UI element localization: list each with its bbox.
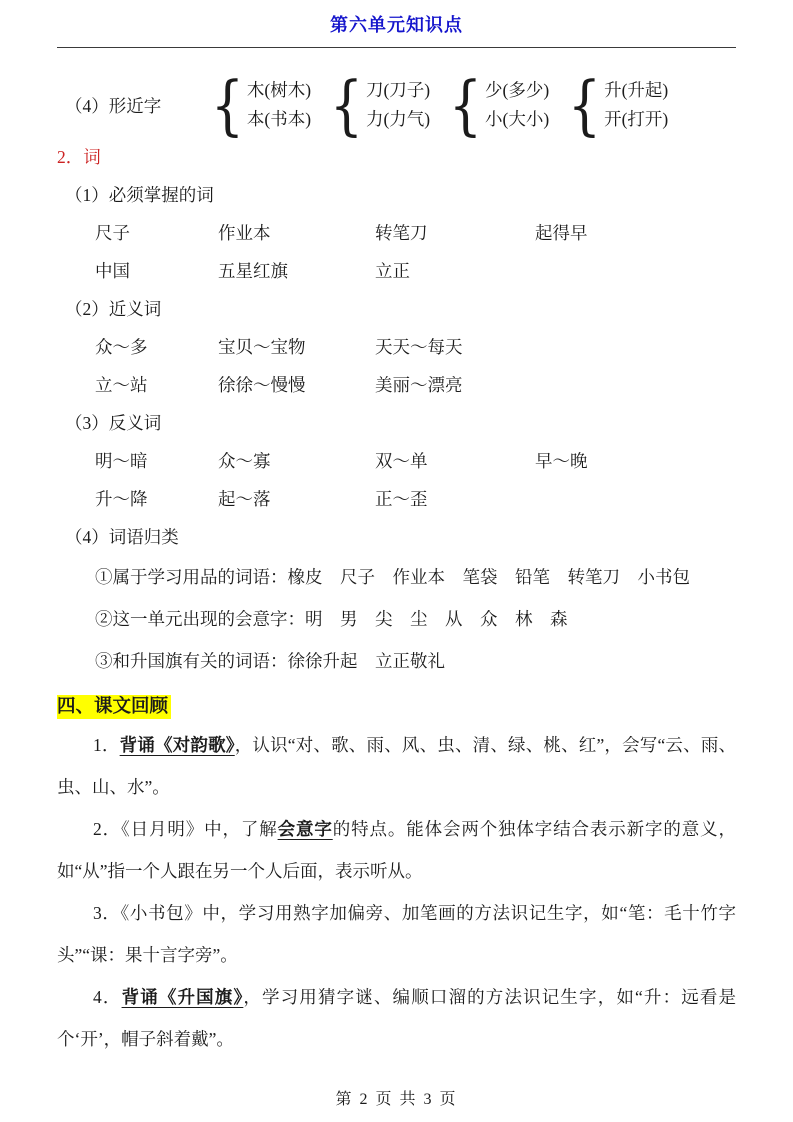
word-row: 众～多 宝贝～宝物 天天～每天 (57, 328, 736, 366)
bracket-line: 小(大小) (485, 105, 549, 134)
subsection-label-antonyms: （3）反义词 (57, 404, 736, 442)
word-cell: 正～歪 (375, 480, 535, 518)
word-cell: 五星红旗 (218, 252, 375, 290)
review-paragraph: 1．背诵《对韵歌》，认识“对、歌、雨、风、虫、清、绿、桃、红”，会写“云、雨、虫… (57, 724, 736, 808)
highlighted-heading: 四、课文回顾 (57, 695, 171, 719)
word-cell: 徐徐～慢慢 (218, 366, 375, 404)
section-xingjinzi: （4）形近字 { 木(树木) 本(书本) { 刀(刀子) 力(力气) { 少(多… (57, 72, 736, 138)
bracket-line: 力(力气) (366, 105, 430, 134)
category-item: ①属于学习用品的词语：橡皮 尺子 作业本 笔袋 铅笔 转笔刀 小书包 (57, 556, 736, 598)
document-page: 第六单元知识点 （4）形近字 { 木(树木) 本(书本) { 刀(刀子) 力(力… (0, 0, 793, 1109)
word-row: 立～站 徐徐～慢慢 美丽～漂亮 (57, 366, 736, 404)
word-cell: 众～多 (95, 328, 218, 366)
word-cell: 起～落 (218, 480, 375, 518)
word-row: 升～降 起～落 正～歪 (57, 480, 736, 518)
word-cell: 双～单 (375, 442, 535, 480)
emphasized-text: 背诵《升国旗》 (122, 987, 244, 1007)
paragraph-text: 1． (93, 735, 120, 755)
emphasized-text: 背诵《对韵歌》 (120, 735, 235, 755)
word-row: 明～暗 众～寡 双～单 早～晚 (57, 442, 736, 480)
paragraph-text: 4． (93, 987, 122, 1007)
word-cell: 尺子 (95, 214, 218, 252)
emphasized-text: 会意字 (278, 819, 333, 839)
review-paragraph: 3．《小书包》中，学习用熟字加偏旁、加笔画的方法识记生字，如“笔：毛十竹字头”“… (57, 892, 736, 976)
page-title: 第六单元知识点 (57, 12, 736, 38)
word-cell: 宝贝～宝物 (218, 328, 375, 366)
review-paragraph: 2．《日月明》中，了解会意字的特点。能体会两个独体字结合表示新字的意义，如“从”… (57, 808, 736, 892)
word-cell: 升～降 (95, 480, 218, 518)
subsection-label-synonyms: （2）近义词 (57, 290, 736, 328)
paragraph-text: 3．《小书包》中，学习用熟字加偏旁、加笔画的方法识记生字，如“笔：毛十竹字头”“… (57, 903, 736, 965)
word-cell: 立正 (375, 252, 535, 290)
bracket-line: 刀(刀子) (366, 76, 430, 105)
word-cell: 中国 (95, 252, 218, 290)
review-paragraph: 4．背诵《升国旗》，学习用猜字谜、编顺口溜的方法识记生字，如“升：远看是个‘开’… (57, 976, 736, 1060)
word-cell (535, 480, 736, 518)
bracket-line: 开(打开) (604, 105, 668, 134)
bracket-group: { 木(树木) 本(书本) (209, 76, 311, 134)
word-cell (535, 366, 736, 404)
category-item: ③和升国旗有关的词语：徐徐升起 立正敬礼 (57, 640, 736, 682)
word-cell: 作业本 (218, 214, 375, 252)
header-rule (57, 47, 736, 48)
curly-brace-icon: { (330, 73, 363, 138)
bracket-line: 本(书本) (247, 105, 311, 134)
word-row: 中国 五星红旗 立正 (57, 252, 736, 290)
word-row: 尺子 作业本 转笔刀 起得早 (57, 214, 736, 252)
bracket-group: { 少(多少) 小(大小) (447, 76, 549, 134)
curly-brace-icon: { (211, 73, 244, 138)
bracket-line: 少(多少) (485, 76, 549, 105)
word-cell: 起得早 (535, 214, 736, 252)
word-cell: 早～晚 (535, 442, 736, 480)
curly-brace-icon: { (449, 73, 482, 138)
bracket-group: { 刀(刀子) 力(力气) (328, 76, 430, 134)
bracket-group: { 升(升起) 开(打开) (566, 76, 668, 134)
xingjinzi-groups: { 木(树木) 本(书本) { 刀(刀子) 力(力气) { 少(多少) 小(大小… (209, 76, 668, 134)
word-cell: 转笔刀 (375, 214, 535, 252)
section-heading-words: 2．词 (57, 138, 736, 176)
word-cell: 立～站 (95, 366, 218, 404)
category-item: ②这一单元出现的会意字：明 男 尖 尘 从 众 林 森 (57, 598, 736, 640)
subsection-label-categories: （4）词语归类 (57, 518, 736, 556)
word-cell: 美丽～漂亮 (375, 366, 535, 404)
xingjinzi-label: （4）形近字 (57, 93, 209, 118)
bracket-line: 木(树木) (247, 76, 311, 105)
word-cell: 众～寡 (218, 442, 375, 480)
section-heading-review: 四、课文回顾 (57, 690, 736, 724)
word-cell: 明～暗 (95, 442, 218, 480)
word-cell (535, 252, 736, 290)
word-cell (535, 328, 736, 366)
subsection-label-must-know: （1）必须掌握的词 (57, 176, 736, 214)
page-number: 第 2 页 共 3 页 (57, 1086, 736, 1109)
word-cell: 天天～每天 (375, 328, 535, 366)
curly-brace-icon: { (568, 73, 601, 138)
paragraph-text: 2．《日月明》中，了解 (93, 819, 278, 839)
bracket-line: 升(升起) (604, 76, 668, 105)
